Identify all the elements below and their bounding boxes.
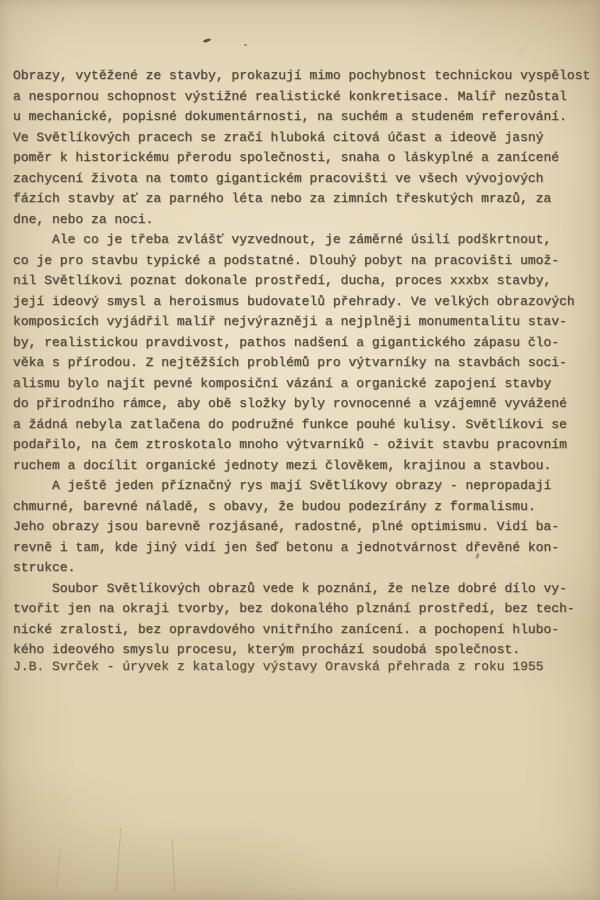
paper-speck: [244, 44, 247, 46]
signature-line: J.B. Svrček - úryvek z katalogy výstavy …: [13, 657, 544, 678]
paragraph-1: Obrazy, vytěžené ze stavby, prokazují mi…: [13, 66, 599, 230]
paragraph-3: A ještě jeden příznačný rys mají Světlík…: [13, 476, 599, 579]
paragraph-2: Ale co je třeba zvlášť vyzvednout, je zá…: [13, 230, 599, 476]
paper-fiber: [116, 828, 121, 892]
paper-fiber: [514, 39, 531, 60]
paper-fiber: [56, 848, 61, 888]
paper-speck: [203, 38, 212, 43]
paper-fiber: [172, 840, 176, 892]
document-page: Obrazy, vytěžené ze stavby, prokazují mi…: [0, 0, 600, 900]
paragraph-4: Soubor Světlíkových obrazů vede k poznán…: [13, 579, 599, 661]
text-block: Obrazy, vytěžené ze stavby, prokazují mi…: [13, 66, 599, 661]
